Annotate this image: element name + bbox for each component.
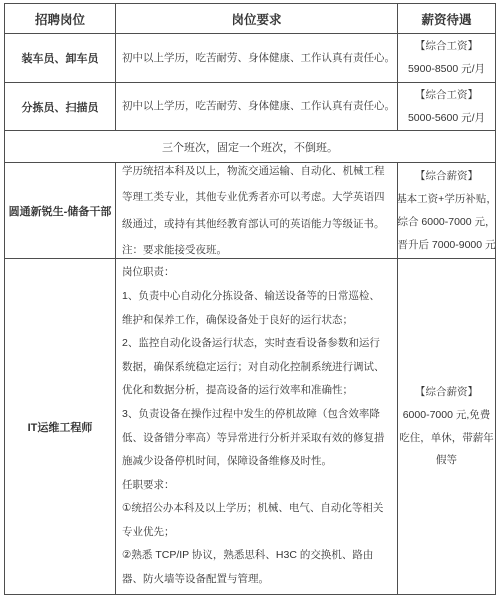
- requirement-qualifications-heading: 任职要求：: [122, 474, 390, 498]
- salary-detail: 基本工资+学历补贴，: [398, 188, 495, 211]
- requirement-text: 学历统招本科及以上，物流交通运输、自动化、机械工程等理工类专业，其他专业优秀者亦…: [122, 163, 391, 258]
- requirement-qualification-1: ①统招公办本科及以上学历；机械、电气、自动化等相关专业优先；: [122, 497, 390, 544]
- shift-notice-text: 三个班次，固定一个班次，不倒班。: [162, 139, 338, 155]
- table-row-shift-notice: 三个班次，固定一个班次，不倒班。: [5, 131, 495, 163]
- recruitment-table: 招聘岗位 岗位要求 薪资待遇 装车员、卸车员 初中以上学历，吃苦耐劳、身体健康、…: [4, 3, 496, 595]
- salary-detail: 6000-7000 元,免费吃住，单休，带薪年假等: [399, 404, 494, 472]
- position-requirements: 初中以上学历，吃苦耐劳、身体健康、工作认真有责任心。: [116, 34, 398, 82]
- position-name-label: 装车员、卸车员: [22, 50, 99, 66]
- position-salary: 【综合薪资】 基本工资+学历补贴， 综合 6000-7000 元， 晋升后 70…: [398, 163, 495, 258]
- column-header-salary-label: 薪资待遇: [421, 10, 471, 28]
- table-row-it-engineer: IT运维工程师 岗位职责： 1、负责中心自动化分拣设备、输送设备等的日常巡检、维…: [5, 259, 495, 594]
- salary-promotion: 晋升后 7000-9000 元: [398, 234, 495, 257]
- salary-tag: 【综合薪资】: [415, 165, 478, 188]
- table-row-trainee: 圆通新锐生-储备干部 学历统招本科及以上，物流交通运输、自动化、机械工程等理工类…: [5, 163, 495, 259]
- salary-range: 5000-5600 元/月: [408, 107, 485, 130]
- position-name: 分拣员、扫描员: [5, 83, 116, 130]
- column-header-position-label: 招聘岗位: [35, 10, 85, 28]
- position-requirements: 岗位职责： 1、负责中心自动化分拣设备、输送设备等的日常巡检、维护和保养工作，确…: [116, 259, 398, 594]
- position-requirements: 初中以上学历，吃苦耐劳、身体健康、工作认真有责任心。: [116, 83, 398, 130]
- requirement-qualification-2: ②熟悉 TCP/IP 协议，熟悉思科、H3C 的交换机、路由器、防火墙等设备配置…: [122, 544, 390, 591]
- requirement-duty-2: 2、监控自动化设备运行状态，实时查看设备参数和运行数据，确保系统稳定运行；对自动…: [122, 332, 390, 403]
- salary-tag: 【综合工资】: [415, 35, 478, 58]
- shift-notice: 三个班次，固定一个班次，不倒班。: [5, 131, 495, 162]
- column-header-position: 招聘岗位: [5, 4, 116, 33]
- position-name: 圆通新锐生-储备干部: [5, 163, 116, 258]
- column-header-requirements: 岗位要求: [116, 4, 398, 33]
- requirement-duty-1: 1、负责中心自动化分拣设备、输送设备等的日常巡检、维护和保养工作，确保设备处于良…: [122, 285, 390, 332]
- requirement-text: 初中以上学历，吃苦耐劳、身体健康、工作认真有责任心。: [122, 95, 397, 118]
- position-name-label: IT运维工程师: [28, 419, 93, 435]
- position-name: IT运维工程师: [5, 259, 116, 594]
- requirement-text: 初中以上学历，吃苦耐劳、身体健康、工作认真有责任心。: [122, 47, 397, 70]
- table-header-row: 招聘岗位 岗位要求 薪资待遇: [5, 4, 495, 34]
- position-salary: 【综合薪资】 6000-7000 元,免费吃住，单休，带薪年假等: [398, 259, 495, 594]
- salary-tag: 【综合工资】: [415, 84, 478, 107]
- table-row-sorter: 分拣员、扫描员 初中以上学历，吃苦耐劳、身体健康、工作认真有责任心。 【综合工资…: [5, 83, 495, 131]
- table-row-loader: 装车员、卸车员 初中以上学历，吃苦耐劳、身体健康、工作认真有责任心。 【综合工资…: [5, 34, 495, 83]
- position-requirements: 学历统招本科及以上，物流交通运输、自动化、机械工程等理工类专业，其他专业优秀者亦…: [116, 163, 398, 258]
- position-salary: 【综合工资】 5900-8500 元/月: [398, 34, 495, 82]
- position-name-label: 分拣员、扫描员: [22, 99, 99, 115]
- position-name: 装车员、卸车员: [5, 34, 116, 82]
- salary-tag: 【综合薪资】: [415, 381, 478, 404]
- position-name-label: 圆通新锐生-储备干部: [9, 203, 112, 219]
- column-header-salary: 薪资待遇: [398, 4, 495, 33]
- salary-range: 综合 6000-7000 元，: [398, 211, 495, 234]
- requirement-duty-3: 3、负责设备在操作过程中发生的停机故障（包含效率降低、设备错分率高）等异常进行分…: [122, 403, 390, 474]
- salary-range: 5900-8500 元/月: [408, 58, 485, 81]
- position-salary: 【综合工资】 5000-5600 元/月: [398, 83, 495, 130]
- column-header-requirements-label: 岗位要求: [231, 10, 281, 28]
- requirement-duties-heading: 岗位职责：: [122, 261, 390, 285]
